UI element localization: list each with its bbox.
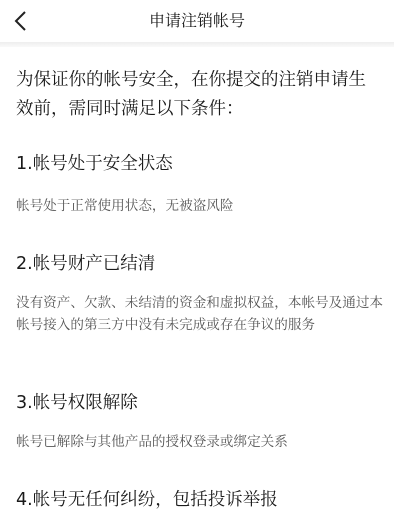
page-title: 申请注销帐号 bbox=[0, 9, 394, 33]
condition-title: 3.帐号权限解除 bbox=[16, 391, 138, 415]
condition-description: 没有资产、欠款、未结清的资金和虚拟权益，本帐号及通过本帐号接入的第三方中没有未完… bbox=[16, 293, 386, 336]
condition-title: 4.帐号无任何纠纷，包括投诉举报 bbox=[16, 488, 278, 512]
header-divider bbox=[0, 42, 394, 47]
top-nav-bar: 申请注销帐号 bbox=[0, 0, 394, 42]
condition-title: 2.帐号财产已结清 bbox=[16, 252, 155, 276]
condition-description: 帐号处于正常使用状态，无被盗风险 bbox=[16, 196, 386, 217]
condition-description: 帐号已解除与其他产品的授权登录或绑定关系 bbox=[16, 432, 386, 453]
condition-title: 1.帐号处于安全状态 bbox=[16, 152, 173, 176]
intro-text: 为保证你的帐号安全，在你提交的注销申请生效前，需同时满足以下条件： bbox=[16, 66, 382, 124]
